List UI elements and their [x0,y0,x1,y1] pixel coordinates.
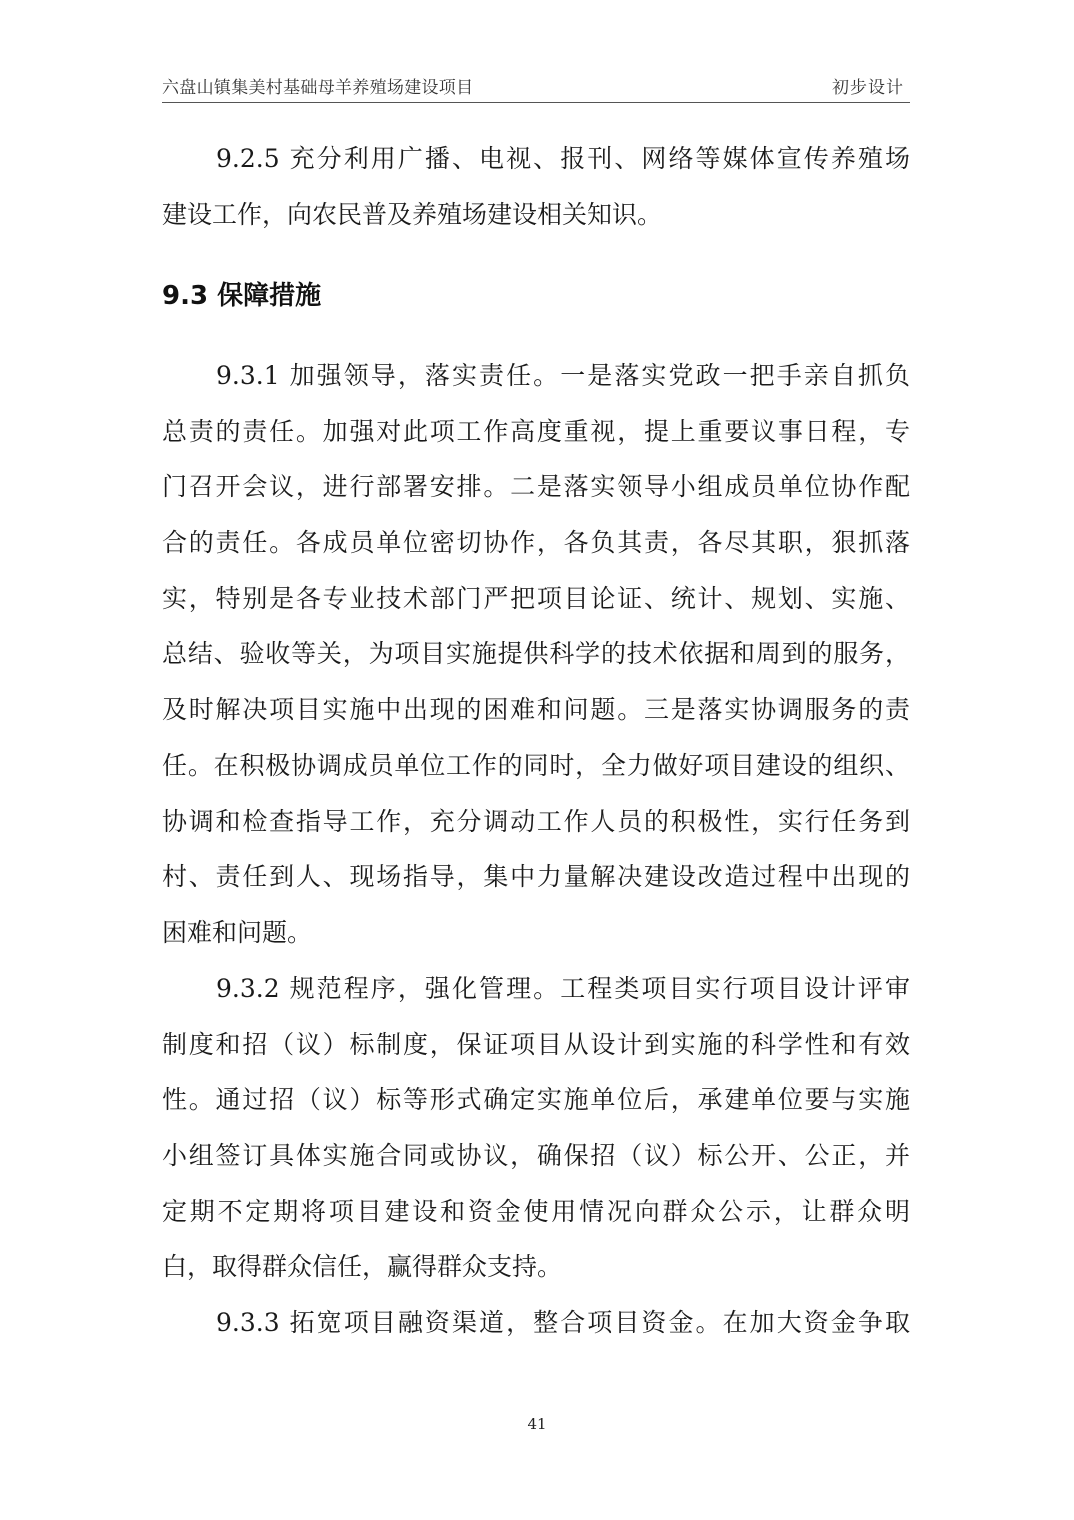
paragraph-line: 9.3.3 拓宽项目融资渠道，整合项目资金。在加大资金争取 [162,1307,910,1339]
paragraph-line: 白，取得群众信任，赢得群众支持。 [162,1251,910,1283]
paragraph-line: 9.3.2 规范程序，强化管理。工程类项目实行项目设计评审 [162,973,910,1005]
paragraph-line: 困难和问题。 [162,917,910,949]
paragraph-line: 合的责任。各成员单位密切协作，各负其责，各尽其职，狠抓落 [162,527,910,559]
page-header: 六盘山镇集美村基础母羊养殖场建设项目 初步设计 [162,76,910,103]
paragraph-line: 协调和检查指导工作，充分调动工作人员的积极性，实行任务到 [162,806,910,838]
paragraph-line: 及时解决项目实施中出现的困难和问题。三是落实协调服务的责 [162,694,910,726]
document-title: 六盘山镇集美村基础母羊养殖场建设项目 [162,76,473,100]
paragraph-line: 制度和招（议）标制度，保证项目从设计到实施的科学性和有效 [162,1029,910,1061]
paragraph-line: 村、责任到人、现场指导，集中力量解决建设改造过程中出现的 [162,861,910,893]
paragraph-line: 门召开会议，进行部署安排。二是落实领导小组成员单位协作配 [162,471,910,503]
section-heading-9-3: 9.3 保障措施 [162,279,321,313]
paragraph-line: 9.2.5 充分利用广播、电视、报刊、网络等媒体宣传养殖场 [162,143,910,175]
paragraph-line: 总结、验收等关，为项目实施提供科学的技术依据和周到的服务， [162,638,910,670]
paragraph-line: 小组签订具体实施合同或协议，确保招（议）标公开、公正，并 [162,1140,910,1172]
design-stage-label: 初步设计 [832,76,904,100]
paragraph-line: 任。在积极协调成员单位工作的同时，全力做好项目建设的组织、 [162,750,910,782]
paragraph-line: 定期不定期将项目建设和资金使用情况向群众公示，让群众明 [162,1196,910,1228]
paragraph-line: 性。通过招（议）标等形式确定实施单位后，承建单位要与实施 [162,1084,910,1116]
paragraph-line: 实，特别是各专业技术部门严把项目论证、统计、规划、实施、 [162,583,910,615]
paragraph-line: 9.3.1 加强领导，落实责任。一是落实党政一把手亲自抓负 [162,360,910,392]
page-number: 41 [0,1415,1074,1433]
paragraph-line: 建设工作，向农民普及养殖场建设相关知识。 [162,199,910,231]
paragraph-line: 总责的责任。加强对此项工作高度重视，提上重要议事日程，专 [162,416,910,448]
